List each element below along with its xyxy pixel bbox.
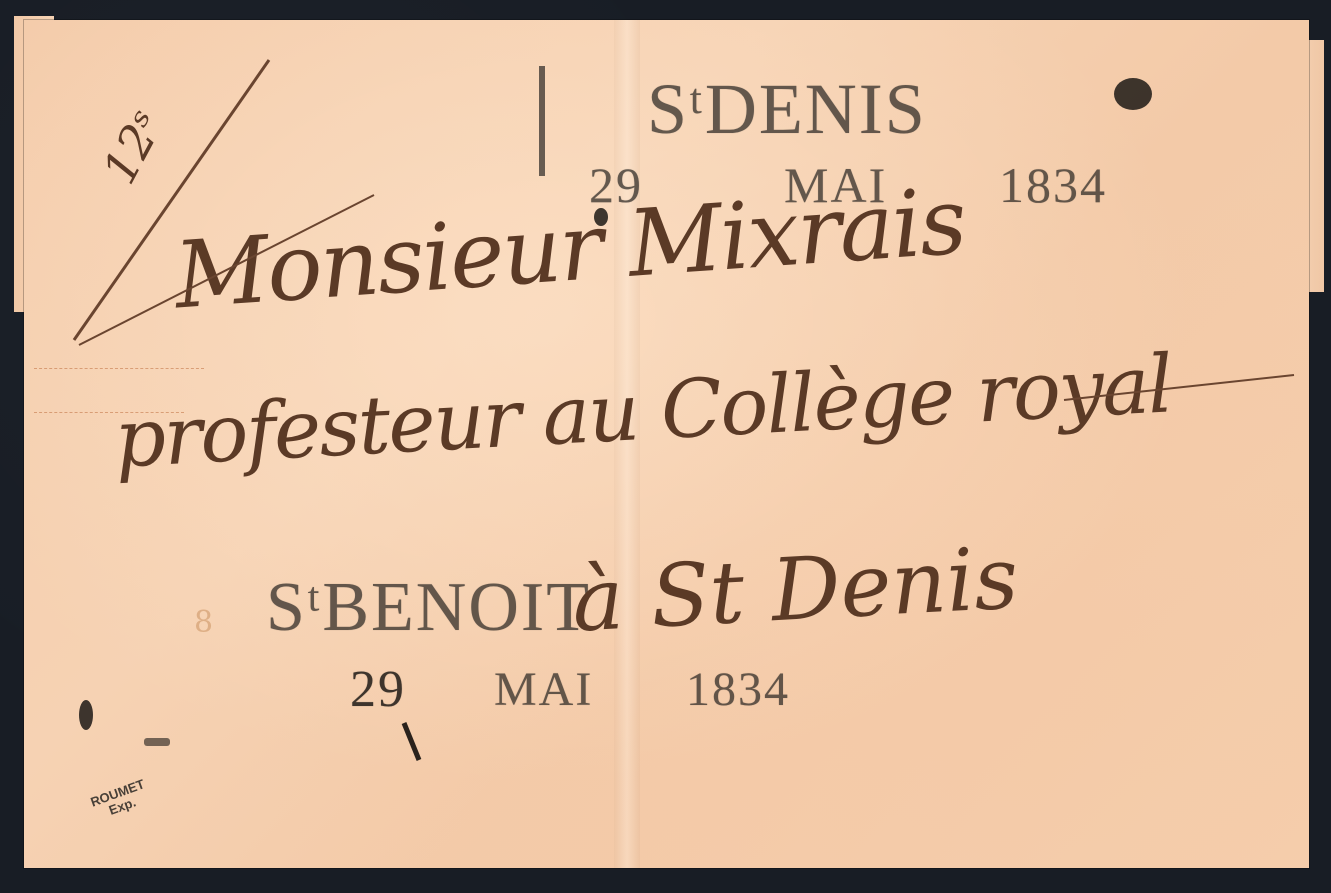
postal-cover: SᵗDENIS 29 MAI 1834 SᵗBENOIT 29 MAI 1834…: [24, 20, 1309, 868]
ink-spot: [144, 738, 170, 746]
pen-flourishes: [24, 20, 1309, 868]
pencil-annotation: 8: [194, 605, 213, 640]
ink-spot: [79, 700, 93, 730]
